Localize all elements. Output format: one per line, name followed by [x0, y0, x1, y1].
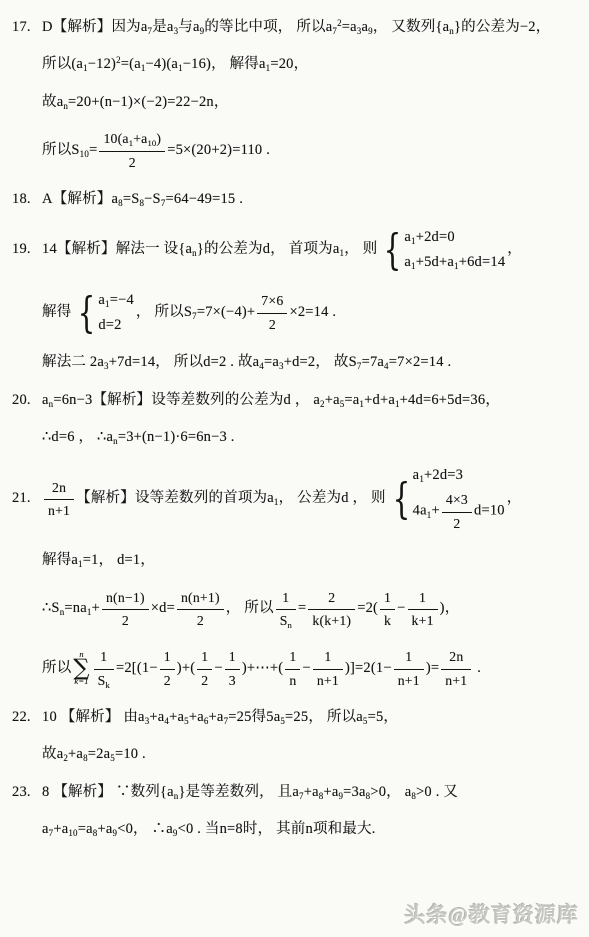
brace-glyph: {	[384, 231, 402, 269]
solution-text: 所以n∑k=11Sk=2[(1−12)+(12−13)+⋯+(1n−1n+1)]…	[42, 660, 481, 676]
solution-line: 解得a1=1， d=1，	[12, 549, 579, 571]
solution-text: ∴Sn=na1+n(n−1)2×d=n(n+1)2， 所以1Sn=2k(k+1)…	[42, 600, 459, 616]
solution-text: 14【解析】解法一 设{an}的公差为d， 首项为a1， 则{a1+2d=0a1…	[42, 241, 522, 257]
solution-text: a7+a10=a8+a9<0， ∴a9<0 . 当n=8时， 其前n项和最大.	[42, 821, 376, 837]
problem-20: 20.an=6n−3【解析】设等差数列的公差为d ， a2+a5=a1+d+a1…	[12, 389, 579, 449]
solution-line: 解得{a1=−4d=2， 所以S7=7×(−4)+7×62×2=14 .	[12, 289, 579, 337]
solution-line: 故a2+a8=2a5=10 .	[12, 743, 579, 765]
solution-text: 故a2+a8=2a5=10 .	[42, 746, 146, 762]
problem-number: 22.	[12, 706, 40, 728]
fraction: n(n+1)2	[177, 587, 224, 632]
solution-text: 故an=20+(n−1)×(−2)=22−2n，	[42, 94, 229, 110]
problem-number: 21.	[12, 487, 40, 509]
brace-glyph: {	[78, 294, 96, 332]
solution-text: 2nn+1【解析】设等差数列的首项为a1， 公差为d ， 则{a1+2d=34a…	[42, 490, 521, 506]
fraction: 4×32	[442, 489, 472, 534]
solution-text: A【解析】a8=S8−S7=64−49=15 .	[42, 191, 243, 207]
problem-number: 19.	[12, 238, 40, 260]
solution-line: ∴d=6 ， ∴an=3+(n−1)·6=6n−3 .	[12, 426, 579, 448]
solution-text: 所以(a1−12)2=(a1−4)(a1−16)， 解得a1=20，	[42, 56, 308, 72]
solution-line: a7+a10=a8+a9<0， ∴a9<0 . 当n=8时， 其前n项和最大.	[12, 818, 579, 840]
sigma-sum: n∑k=1	[73, 651, 89, 687]
fraction: 2nn+1	[44, 477, 74, 522]
fraction: 13	[225, 646, 240, 691]
fraction: 10(a1+a10)2	[99, 128, 165, 173]
brace-glyph: {	[392, 480, 410, 518]
problem-18: 18.A【解析】a8=S8−S7=64−49=15 .	[12, 188, 579, 210]
solution-text: D【解析】因为a7是a3与a9的等比中项， 所以a72=a3a9， 又数列{an…	[42, 19, 550, 35]
fraction: 1Sk	[94, 646, 114, 691]
watermark: 头条@教育资源库	[404, 899, 579, 929]
solution-document: 17.D【解析】因为a7是a3与a9的等比中项， 所以a72=a3a9， 又数列…	[0, 0, 589, 937]
problem-22: 22.10 【解析】 由a3+a4+a5+a6+a7=25得5a5=25， 所以…	[12, 706, 579, 766]
problem-17: 17.D【解析】因为a7是a3与a9的等比中项， 所以a72=a3a9， 又数列…	[12, 16, 579, 173]
problem-number: 23.	[12, 781, 40, 803]
solution-text: 解法二 2a3+7d=14， 所以d=2 . 故a4=a3+d=2， 故S7=7…	[42, 354, 451, 370]
problem-number: 18.	[12, 188, 40, 210]
solution-line: 23.8 【解析】 ∵数列{an}是等差数列， 且a7+a8+a9=3a8>0，…	[12, 781, 579, 803]
solution-line: 18.A【解析】a8=S8−S7=64−49=15 .	[12, 188, 579, 210]
equation-system: {a1+2d=0a1+5d+a1+6d=14	[379, 226, 505, 274]
solution-line: ∴Sn=na1+n(n−1)2×d=n(n+1)2， 所以1Sn=2k(k+1)…	[12, 587, 579, 632]
fraction: 1Sn	[276, 587, 296, 632]
fraction: n(n−1)2	[102, 587, 149, 632]
solution-text: 10 【解析】 由a3+a4+a5+a6+a7=25得5a5=25， 所以a5=…	[42, 709, 398, 725]
problem-23: 23.8 【解析】 ∵数列{an}是等差数列， 且a7+a8+a9=3a8>0，…	[12, 781, 579, 841]
problem-21: 21.2nn+1【解析】设等差数列的首项为a1， 公差为d ， 则{a1+2d=…	[12, 464, 579, 691]
fraction: 1n+1	[313, 646, 343, 691]
solution-text: ∴d=6 ， ∴an=3+(n−1)·6=6n−3 .	[42, 429, 235, 445]
solution-line: 所以S10=10(a1+a10)2=5×(20+2)=110 .	[12, 128, 579, 173]
fraction: 12	[197, 646, 212, 691]
solution-line: 故an=20+(n−1)×(−2)=22−2n，	[12, 91, 579, 113]
fraction: 1k	[380, 587, 395, 632]
fraction: 2k(k+1)	[308, 587, 355, 632]
solution-text: an=6n−3【解析】设等差数列的公差为d ， a2+a5=a1+d+a1+4d…	[42, 392, 500, 408]
fraction: 7×62	[257, 290, 287, 335]
solution-line: 19.14【解析】解法一 设{an}的公差为d， 首项为a1， 则{a1+2d=…	[12, 226, 579, 274]
fraction: 1k+1	[408, 587, 438, 632]
solution-line: 解法二 2a3+7d=14， 所以d=2 . 故a4=a3+d=2， 故S7=7…	[12, 351, 579, 373]
fraction: 12	[160, 646, 175, 691]
equation-system: {a1=−4d=2	[73, 289, 134, 337]
solution-line: 17.D【解析】因为a7是a3与a9的等比中项， 所以a72=a3a9， 又数列…	[12, 16, 579, 38]
solution-line: 22.10 【解析】 由a3+a4+a5+a6+a7=25得5a5=25， 所以…	[12, 706, 579, 728]
solution-text: 解得{a1=−4d=2， 所以S7=7×(−4)+7×62×2=14 .	[42, 304, 336, 320]
fraction: 2nn+1	[441, 646, 471, 691]
solution-line: 所以n∑k=11Sk=2[(1−12)+(12−13)+⋯+(1n−1n+1)]…	[12, 646, 579, 691]
equation-system: {a1+2d=34a1+4×32d=10	[388, 464, 505, 534]
sigma-icon: ∑	[73, 659, 89, 678]
fraction: 1n+1	[394, 646, 424, 691]
problem-19: 19.14【解析】解法一 设{an}的公差为d， 首项为a1， 则{a1+2d=…	[12, 226, 579, 374]
problem-number: 20.	[12, 389, 40, 411]
solution-line: 20.an=6n−3【解析】设等差数列的公差为d ， a2+a5=a1+d+a1…	[12, 389, 579, 411]
solution-text: 8 【解析】 ∵数列{an}是等差数列， 且a7+a8+a9=3a8>0， a8…	[42, 784, 458, 800]
solution-text: 所以S10=10(a1+a10)2=5×(20+2)=110 .	[42, 142, 270, 158]
fraction: 1n	[285, 646, 300, 691]
problems-container: 17.D【解析】因为a7是a3与a9的等比中项， 所以a72=a3a9， 又数列…	[12, 16, 579, 841]
solution-line: 所以(a1−12)2=(a1−4)(a1−16)， 解得a1=20，	[12, 53, 579, 75]
solution-text: 解得a1=1， d=1，	[42, 552, 155, 568]
problem-number: 17.	[12, 16, 40, 38]
solution-line: 21.2nn+1【解析】设等差数列的首项为a1， 公差为d ， 则{a1+2d=…	[12, 464, 579, 534]
